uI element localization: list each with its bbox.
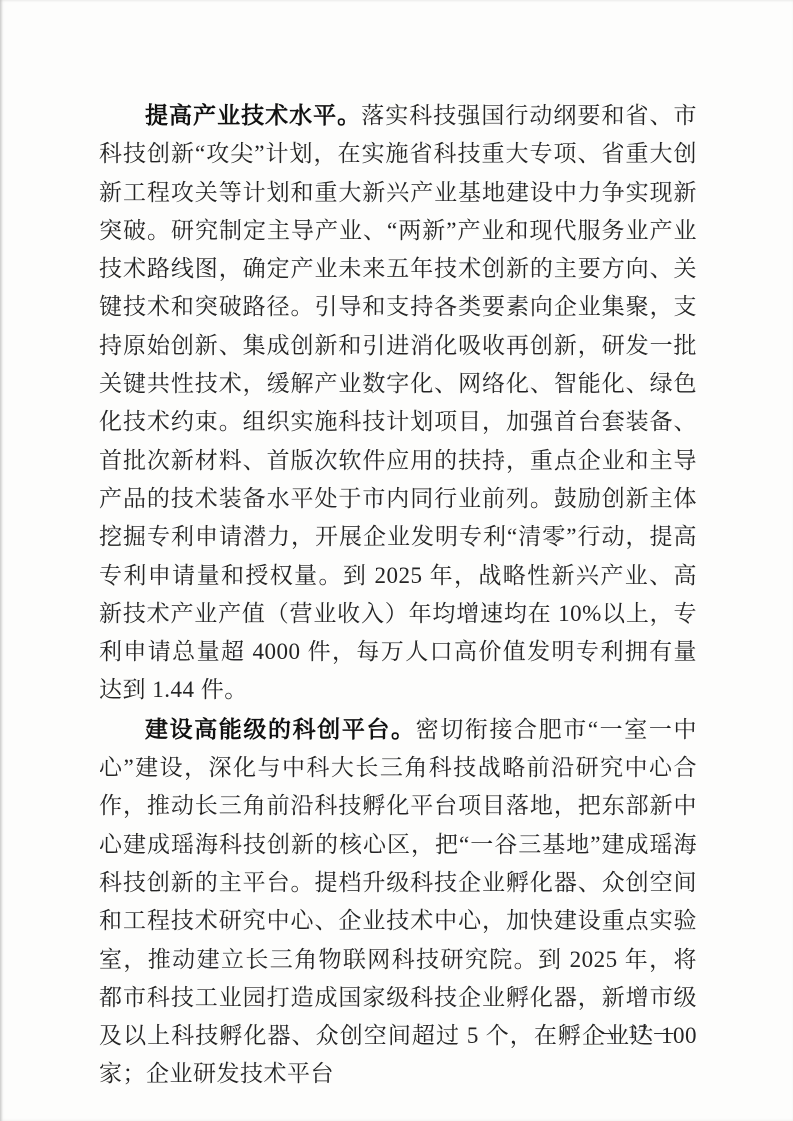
scan-edge-shadow	[0, 0, 3, 1121]
paragraph-heading-sci-innovation-platform: 建设高能级的科创平台。	[145, 716, 416, 742]
document-page: 提高产业技术水平。落实科技强国行动纲要和省、市科技创新“攻尖”计划，在实施省科技…	[0, 0, 793, 1121]
document-body: 提高产业技术水平。落实科技强国行动纲要和省、市科技创新“攻尖”计划，在实施省科技…	[99, 96, 697, 1094]
paragraph-heading-industry-tech: 提高产业技术水平。	[145, 102, 361, 128]
page-footer: — 17 —	[598, 1022, 678, 1044]
paragraph-text-industry-tech: 落实科技强国行动纲要和省、市科技创新“攻尖”计划，在实施省科技重大专项、省重大创…	[99, 103, 697, 702]
page-number: — 17 —	[602, 1022, 675, 1043]
paragraph-industry-tech: 提高产业技术水平。落实科技强国行动纲要和省、市科技创新“攻尖”计划，在实施省科技…	[99, 96, 697, 710]
